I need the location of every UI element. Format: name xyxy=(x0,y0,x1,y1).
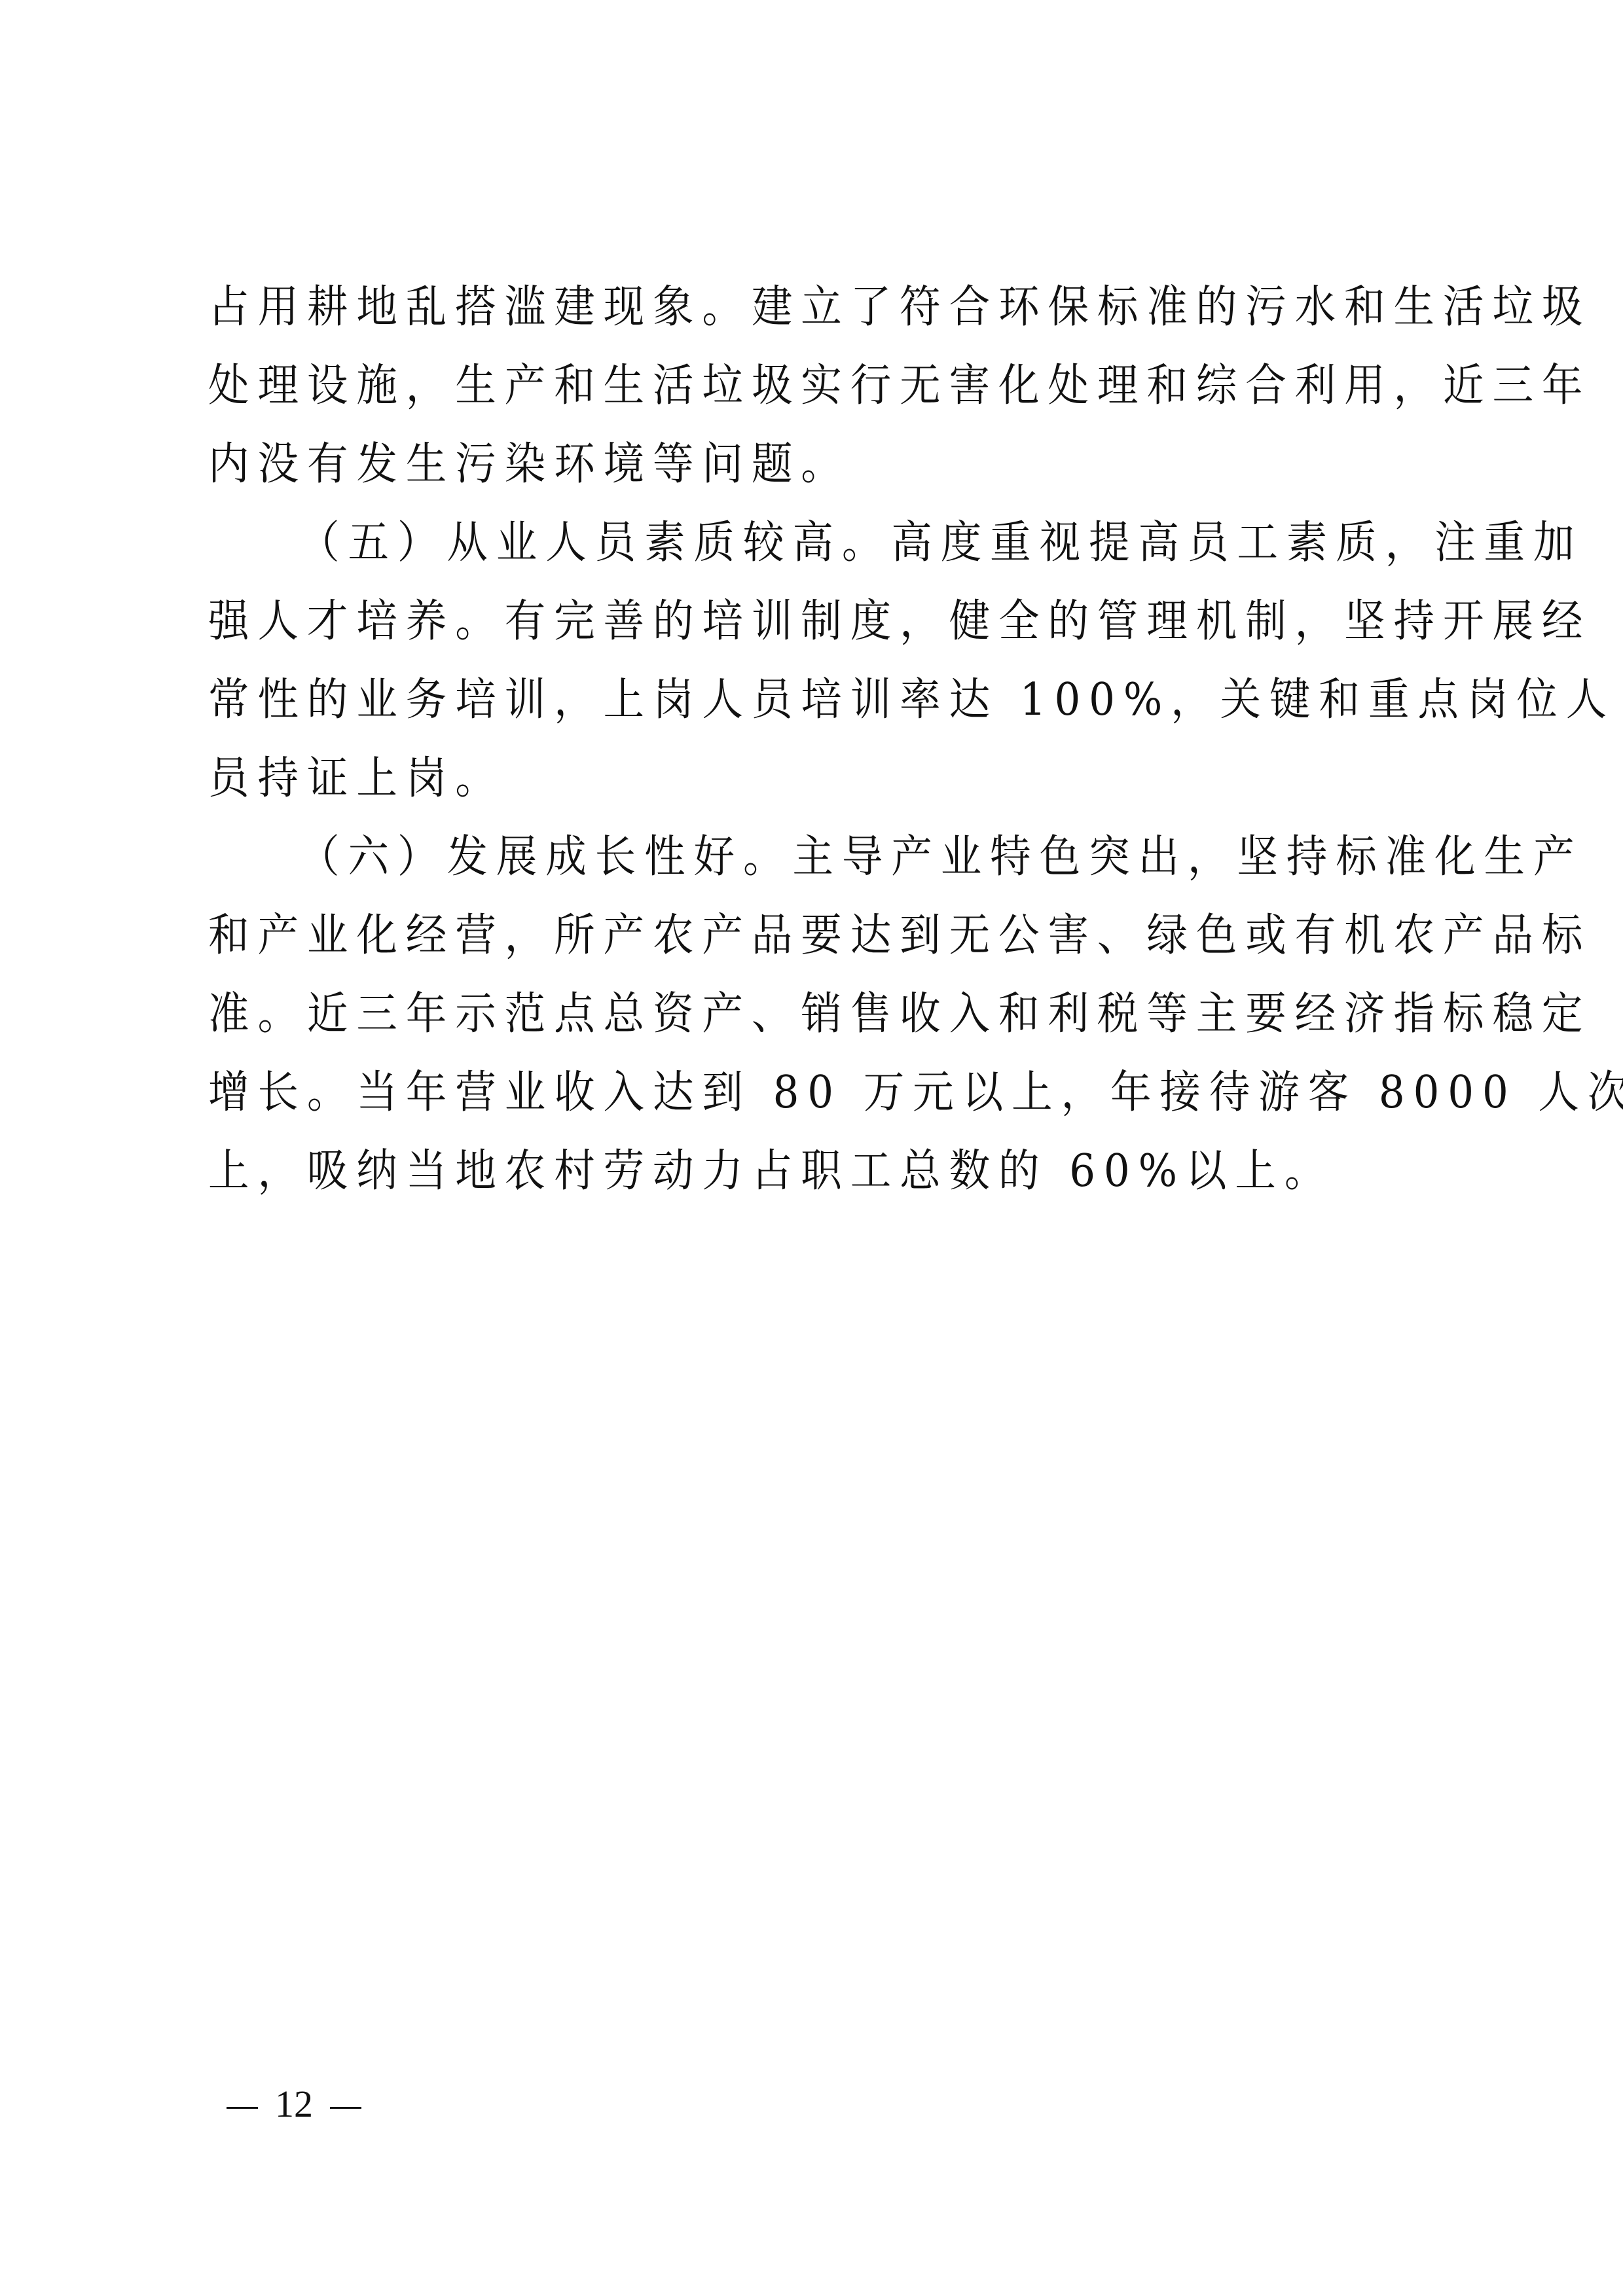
paragraph-staff-quality: （五）从业人员素质较高。高度重视提高员工素质，注重加 强人才培养。有完善的培训制… xyxy=(208,504,1426,818)
paragraph-environment-continuation: 占用耕地乱搭滥建现象。建立了符合环保标准的污水和生活垃圾 处理设施，生产和生活垃… xyxy=(208,268,1426,504)
page-footer: 12 xyxy=(210,2081,378,2127)
text-line: 增长。当年营业收入达到 80 万元以上，年接待游客 8000 人次以 xyxy=(208,1054,1425,1132)
dash-left xyxy=(227,2107,258,2109)
dash-right xyxy=(330,2107,361,2109)
document-body: 占用耕地乱搭滥建现象。建立了符合环保标准的污水和生活垃圾 处理设施，生产和生活垃… xyxy=(208,268,1426,1211)
text-line: 和产业化经营，所产农产品要达到无公害、绿色或有机农产品标 xyxy=(208,897,1425,975)
text-line: 内没有发生污染环境等问题。 xyxy=(208,425,1425,504)
text-line: 上，吸纳当地农村劳动力占职工总数的 60%以上。 xyxy=(208,1132,1425,1211)
text-line: 常性的业务培训，上岗人员培训率达 100%，关键和重点岗位人 xyxy=(208,661,1425,740)
page-number: 12 xyxy=(275,2083,313,2125)
text-line: 员持证上岗。 xyxy=(208,740,1425,818)
section-heading-line: （五）从业人员素质较高。高度重视提高员工素质，注重加 xyxy=(208,504,1425,583)
paragraph-growth-potential: （六）发展成长性好。主导产业特色突出，坚持标准化生产 和产业化经营，所产农产品要… xyxy=(208,818,1426,1211)
text-line: 处理设施，生产和生活垃圾实行无害化处理和综合利用，近三年 xyxy=(208,347,1425,425)
text-line: 强人才培养。有完善的培训制度，健全的管理机制，坚持开展经 xyxy=(208,583,1425,661)
text-line: 占用耕地乱搭滥建现象。建立了符合环保标准的污水和生活垃圾 xyxy=(208,268,1425,347)
text-line: 准。近三年示范点总资产、销售收入和利税等主要经济指标稳定 xyxy=(208,975,1425,1054)
document-page: 占用耕地乱搭滥建现象。建立了符合环保标准的污水和生活垃圾 处理设施，生产和生活垃… xyxy=(0,0,1623,2296)
section-heading-line: （六）发展成长性好。主导产业特色突出，坚持标准化生产 xyxy=(208,818,1425,897)
